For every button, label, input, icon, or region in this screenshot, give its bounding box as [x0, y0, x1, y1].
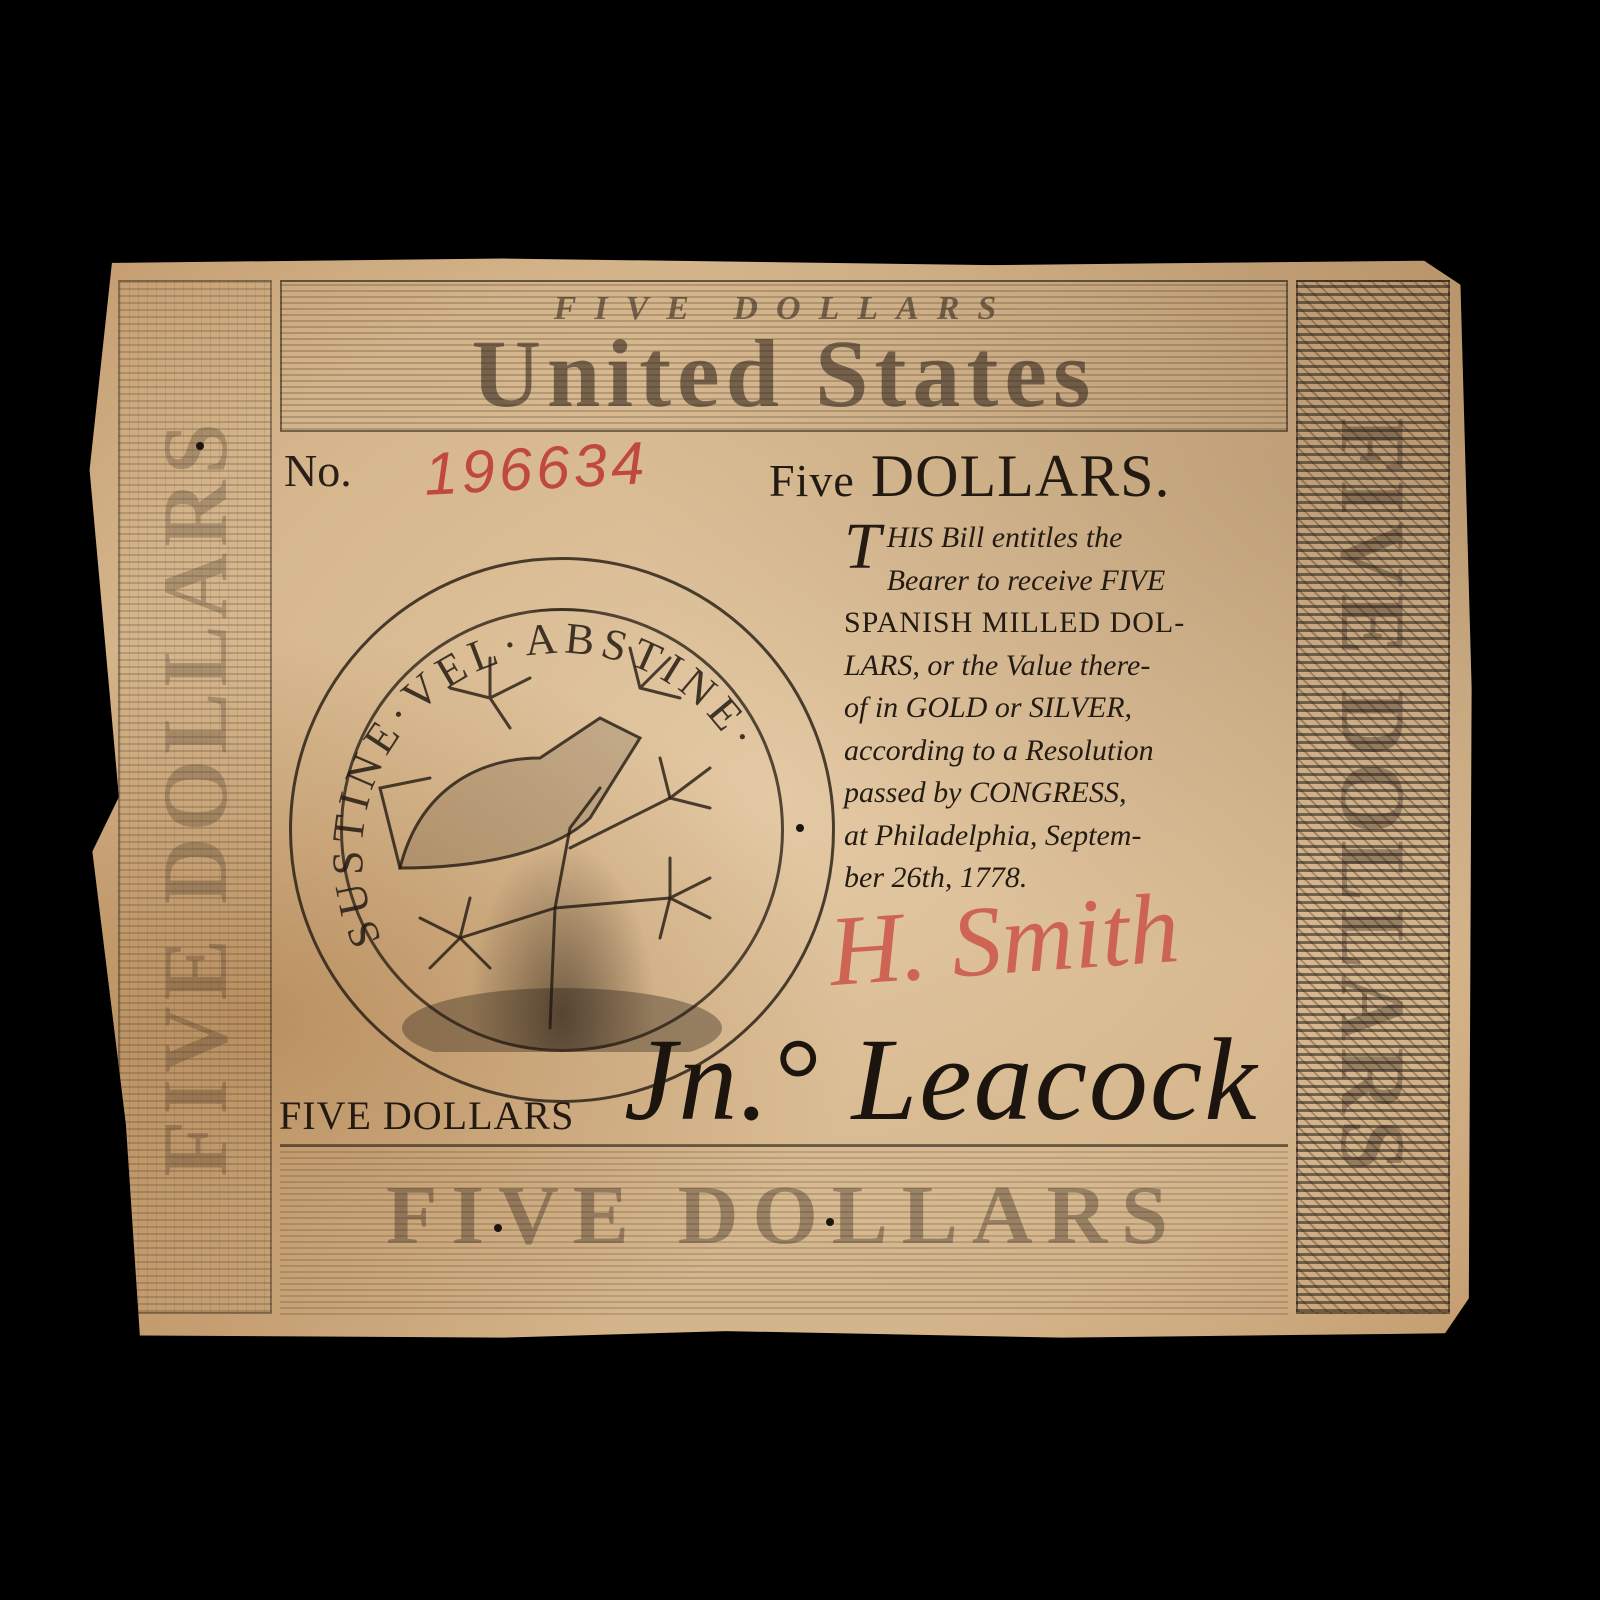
bottom-denomination: FIVE DOLLARS [279, 1092, 574, 1139]
banknote: FIVE DOLLARS FIVE DOLLARS FIVE DOLLARS U… [84, 252, 1480, 1342]
serial-label: No. [284, 444, 352, 497]
promise-line-1: THIS Bill entitles the [844, 517, 1284, 560]
top-band-title: United States [282, 324, 1286, 424]
denomination-heading: Five DOLLARS. [769, 442, 1170, 511]
ink-speck [826, 1218, 834, 1226]
promise-line-8: at Philadelphia, Septem- [844, 815, 1284, 858]
left-border-text: FIVE DOLLARS [142, 417, 248, 1177]
left-border-panel: FIVE DOLLARS [118, 280, 272, 1314]
ink-speck [494, 1224, 502, 1232]
promise-line-5: of in GOLD or SILVER, [844, 687, 1284, 730]
promise-line-7: passed by CONGRESS, [844, 772, 1284, 815]
signature-red: H. Smith [825, 870, 1182, 1009]
promise-line-2: Bearer to receive FIVE [844, 560, 1284, 603]
right-border-text: FIVE DOLLARS [1320, 417, 1426, 1177]
top-title-band: FIVE DOLLARS United States [280, 280, 1288, 432]
signature-black: Jn.° Leacock [624, 1012, 1259, 1148]
promise-line-6: according to a Resolution [844, 730, 1284, 773]
hand-and-thorn-bush-icon [340, 608, 784, 1052]
ink-speck [196, 442, 204, 450]
bottom-band: FIVE DOLLARS [280, 1144, 1288, 1315]
promise-line-4: LARS, or the Value there- [844, 645, 1284, 688]
ink-speck [796, 824, 804, 832]
promise-line-3: SPANISH MILLED DOL- [844, 602, 1284, 645]
promise-text: THIS Bill entitles the Bearer to receive… [844, 517, 1284, 900]
bottom-band-text: FIVE DOLLARS [280, 1167, 1288, 1264]
serial-number: 196634 [422, 428, 650, 509]
promise-dropcap: T [844, 517, 881, 577]
denomination-unit: DOLLARS. [871, 443, 1171, 509]
denomination-word: Five [769, 455, 855, 506]
right-border-panel: FIVE DOLLARS [1296, 280, 1450, 1314]
